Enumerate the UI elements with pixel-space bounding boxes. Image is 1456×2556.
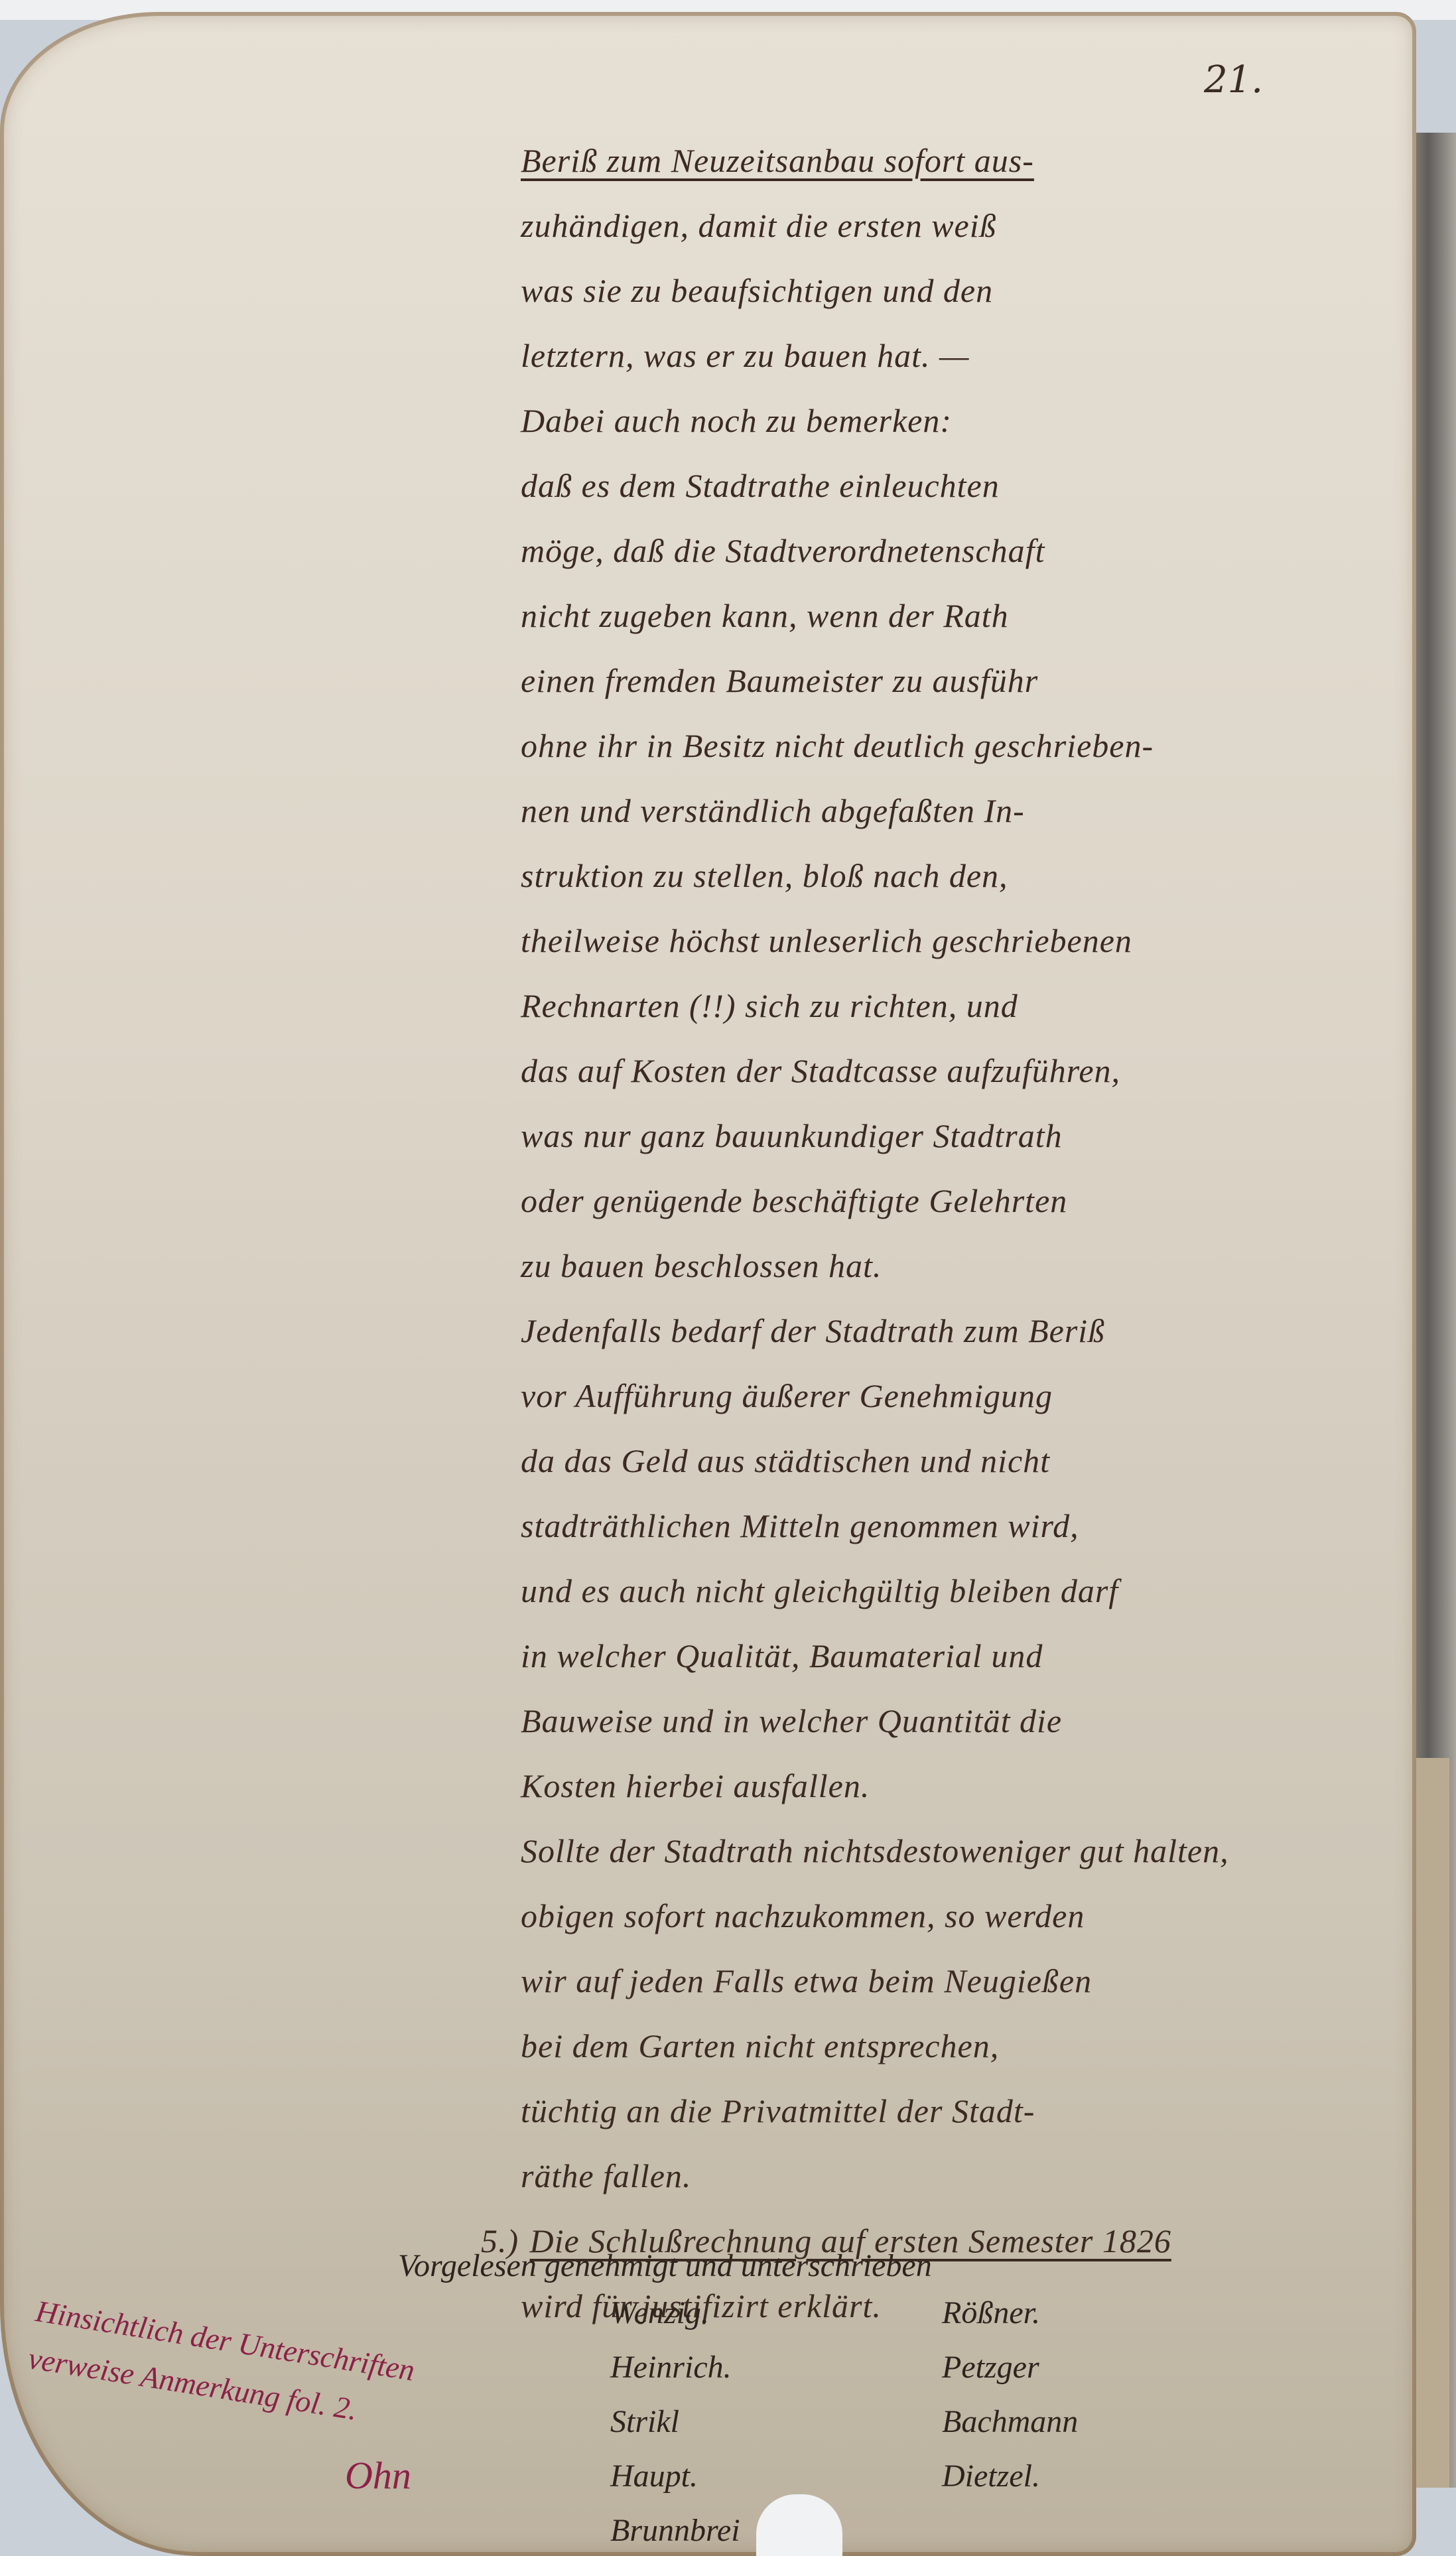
body-line: ohne ihr in Besitz nicht deutlich geschr… <box>521 713 1403 778</box>
body-line: stadträthlichen Mitteln genommen wird, <box>521 1493 1403 1558</box>
body-line: Bauweise und in welcher Quantität die <box>521 1688 1403 1753</box>
body-line: bei dem Garten nicht entsprechen, <box>521 2013 1403 2078</box>
signature: Rößner. <box>942 2291 1207 2336</box>
margin-initials: Ohn <box>345 2453 411 2498</box>
signature: Bachmann <box>942 2399 1207 2445</box>
body-line: Rechnarten (!!) sich zu richten, und <box>521 973 1403 1038</box>
body-line: nicht zugeben kann, wenn der Rath <box>521 583 1403 648</box>
item-5-resolution: wird für justifizirt erklärt. <box>521 2273 1403 2338</box>
closing-formula: Vorgelesen genehmigt und unterschrieben <box>398 2248 1327 2284</box>
body-line: letztern, was er zu bauen hat. — <box>521 323 1403 388</box>
body-line-text: Beriß zum Neuzeitsanbau sofort aus- <box>521 142 1034 179</box>
signature: Haupt. <box>610 2454 942 2499</box>
body-line: das auf Kosten der Stadtcasse aufzuführe… <box>521 1038 1403 1103</box>
body-line: daß es dem Stadtrathe einleuchten <box>521 453 1403 518</box>
item-number: 5.) <box>481 2208 521 2273</box>
body-line: vor Aufführung äußerer Genehmigung <box>521 1363 1403 1428</box>
body-line: räthe fallen. <box>521 2143 1403 2208</box>
signature: Petzger <box>942 2345 1207 2390</box>
body-line: zu bauen beschlossen hat. <box>521 1233 1403 1298</box>
signature: Wenzig. <box>610 2291 942 2336</box>
body-line: wir auf jeden Falls etwa beim Neugießen <box>521 1948 1403 2013</box>
item-5: 5.) Die Schlußrechnung auf ersten Semest… <box>481 2208 1403 2273</box>
body-line: Jedenfalls bedarf der Stadtrath zum Beri… <box>521 1298 1403 1363</box>
signature-grid: Wenzig. Rößner. Heinrich. Petzger Strikl… <box>610 2291 1327 2553</box>
body-line: zuhändigen, damit die ersten weiß <box>521 193 1403 258</box>
body-line: Beriß zum Neuzeitsanbau sofort aus- <box>521 128 1403 193</box>
body-line: was sie zu beaufsichtigen und den <box>521 258 1403 323</box>
body-line: da das Geld aus städtischen und nicht <box>521 1428 1403 1493</box>
signature: Dietzel. <box>942 2454 1207 2499</box>
body-line: in welcher Qualität, Baumaterial und <box>521 1623 1403 1688</box>
body-text: Beriß zum Neuzeitsanbau sofort aus- zuhä… <box>521 128 1403 2338</box>
signature: Heinrich. <box>610 2345 942 2390</box>
body-line: was nur ganz bauunkundiger Stadtrath <box>521 1103 1403 1168</box>
margin-note-line: Hinsichtlich der Unterschriften <box>33 2287 538 2413</box>
body-line: theilweise höchst unleserlich geschriebe… <box>521 908 1403 973</box>
body-line: möge, daß die Stadtverordnetenschaft <box>521 518 1403 583</box>
body-line: Kosten hierbei ausfallen. <box>521 1753 1403 1818</box>
manuscript-page: 21. Beriß zum Neuzeitsanbau sofort aus- … <box>0 12 1416 2556</box>
body-line: tüchtig an die Privatmittel der Stadt- <box>521 2078 1403 2143</box>
folio-number: 21. <box>1204 58 1263 101</box>
body-line: einen fremden Baumeister zu ausführ <box>521 648 1403 713</box>
body-line: obigen sofort nachzukommen, so werden <box>521 1883 1403 1948</box>
signature: Strikl <box>610 2399 942 2445</box>
body-line: Dabei auch noch zu bemerken: <box>521 388 1403 453</box>
body-line: struktion zu stellen, bloß nach den, <box>521 843 1403 908</box>
body-line: nen und verständlich abgefaßten In- <box>521 778 1403 843</box>
margin-note-line: verweise Anmerkung fol. 2. <box>25 2334 530 2460</box>
body-line: und es auch nicht gleichgültig bleiben d… <box>521 1558 1403 1623</box>
margin-note-red: Hinsichtlich der Unterschriften verweise… <box>25 2287 537 2460</box>
body-line: oder genügende beschäftigte Gelehrten <box>521 1168 1403 1233</box>
item-5-heading: Die Schlußrechnung auf ersten Semester 1… <box>530 2222 1171 2259</box>
body-line: Sollte der Stadtrath nichtsdestoweniger … <box>521 1818 1403 1883</box>
signature-block: Vorgelesen genehmigt und unterschrieben … <box>398 2248 1327 2553</box>
